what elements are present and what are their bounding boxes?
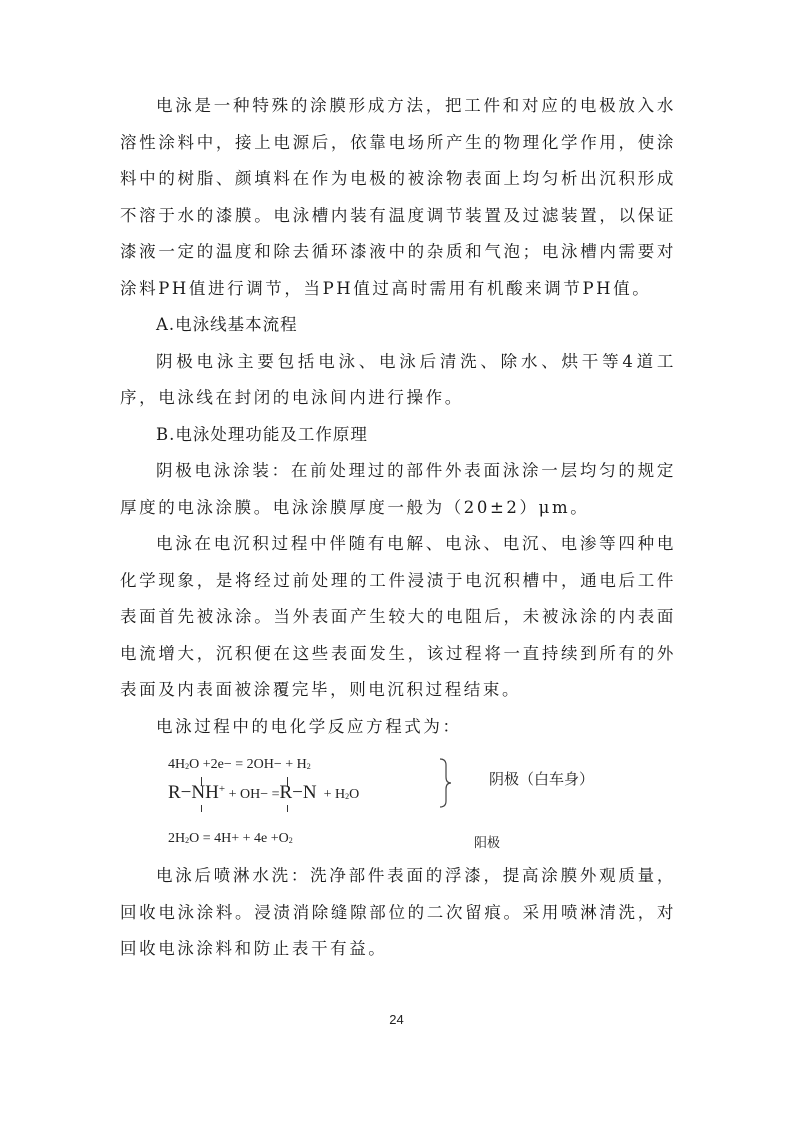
anode-label: 阳极 xyxy=(474,832,500,851)
anode-mid: O = 4H+ + 4e +O xyxy=(189,831,289,846)
paragraph-process: 阴极电泳主要包括电泳、电泳后清洗、除水、烘干等4道工序，电泳线在封闭的电泳间内进… xyxy=(120,344,676,417)
heading-a: A.电泳线基本流程 xyxy=(120,307,676,344)
anode-sub2: 2 xyxy=(289,836,293,845)
anode-equation: 2H2O = 4H+ + 4e +O2 xyxy=(168,831,293,847)
eq2-tailend: O xyxy=(349,787,359,802)
paragraph-deposition: 电泳在电沉积过程中伴随有电解、电泳、电沉、电渗等四种电化学现象，是将经过前处理的… xyxy=(120,526,676,709)
cathode-equation-1: 4H2O +2e− = 2OH− + H2 xyxy=(168,757,311,773)
anode-left: 2H xyxy=(168,831,185,846)
eq1-left: 4H xyxy=(168,757,185,772)
body-text-lower: 电泳后喷淋水洗：洗净部件表面的浮漆，提高涂膜外观质量，回收电泳涂料。浸渍消除缝隙… xyxy=(120,858,676,968)
eq1-sub2: 2 xyxy=(307,762,311,771)
cathode-label: 阴极（白车身） xyxy=(489,768,594,789)
document-page: 电泳是一种特殊的涂膜形成方法，把工件和对应的电极放入水溶性涂料中，接上电源后，依… xyxy=(0,0,793,1122)
eq2-n2: N xyxy=(303,782,317,803)
bond-line xyxy=(201,805,202,812)
paragraph-rinse: 电泳后喷淋水洗：洗净部件表面的浮漆，提高涂膜外观质量，回收电泳涂料。浸渍消除缝隙… xyxy=(120,858,676,968)
paragraph-intro: 电泳是一种特殊的涂膜形成方法，把工件和对应的电极放入水溶性涂料中，接上电源后，依… xyxy=(120,88,676,307)
eq2-charge: + xyxy=(219,783,225,795)
eq2-h: H xyxy=(205,782,219,803)
bond-line xyxy=(287,805,288,812)
eq1-mid: O +2e− = 2OH− + H xyxy=(189,757,307,772)
page-number: 24 xyxy=(0,1012,793,1027)
eq2-tail: + H xyxy=(324,787,346,802)
body-text-upper: 电泳是一种特殊的涂膜形成方法，把工件和对应的电极放入水溶性涂料中，接上电源后，依… xyxy=(120,88,676,745)
eq2-r2: R− xyxy=(280,782,303,803)
paragraph-coating: 阴极电泳涂装：在前处理过的部件外表面泳涂一层均匀的规定厚度的电泳涂膜。电泳涂膜厚… xyxy=(120,453,676,526)
eq2-r1: R− xyxy=(168,782,191,803)
right-brace-icon xyxy=(437,757,455,809)
eq2-n1: N xyxy=(191,782,205,803)
cathode-equation-2: R−NH+ + OH− =R−N + H2O xyxy=(168,782,359,804)
paragraph-equation-intro: 电泳过程中的电化学反应方程式为： xyxy=(120,709,676,746)
eq2-oh: + OH− = xyxy=(229,787,280,802)
heading-b: B.电泳处理功能及工作原理 xyxy=(120,417,676,454)
